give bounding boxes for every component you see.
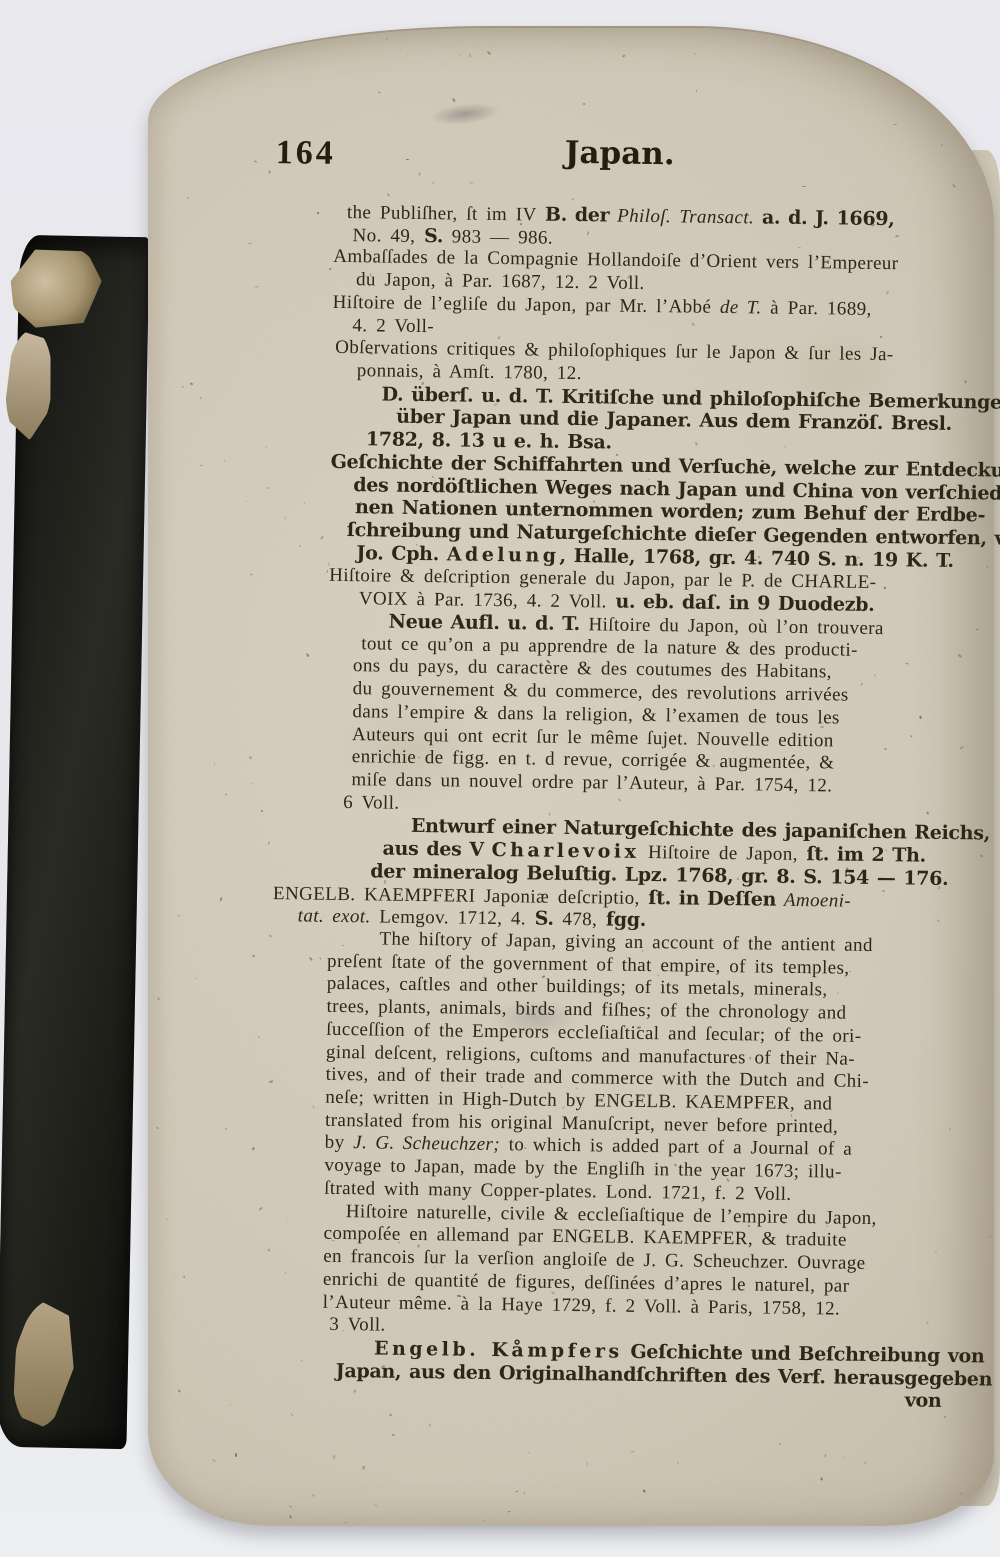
page-number: 164 (275, 134, 335, 173)
bibliography-entry: Hiſtoire & deſcription generale du Japon… (264, 563, 965, 618)
bibliography-entry: Hiſtoire naturelle, civile & eccleſiaſti… (254, 1200, 956, 1345)
bibliography-entry: D. überſ. u. d. T. Kritiſche und philoſo… (266, 382, 967, 459)
bibliography-entry: Obſervations critiques & philoſophiques … (267, 336, 968, 391)
bibliography-text: the Publiſher, ſt im IV B. der Philoſ. T… (254, 200, 969, 1390)
paper-fleck (991, 56, 993, 58)
photo-of-book-page: { "page": { "number": "164", "header_tit… (0, 0, 1000, 1557)
bibliography-entry: Neue Aufl. u. d. T. Hiſtoire du Japon, o… (261, 609, 964, 823)
bibliography-entry: Entwurf einer Naturgeſchichte des japani… (260, 813, 961, 890)
bibliography-entry: Geſchichte der Schiffahrten und Verſuche… (264, 450, 965, 573)
bibliography-entry: Engelb. Kåmpfers Geſchichte und Beſchrei… (254, 1336, 955, 1391)
text-block: 164 Japan. the Publiſher, ſt im IV B. de… (253, 130, 970, 1413)
bibliography-entry: The hiſtory of Japan, giving an account … (256, 927, 960, 1209)
running-title: Japan. (270, 130, 970, 177)
